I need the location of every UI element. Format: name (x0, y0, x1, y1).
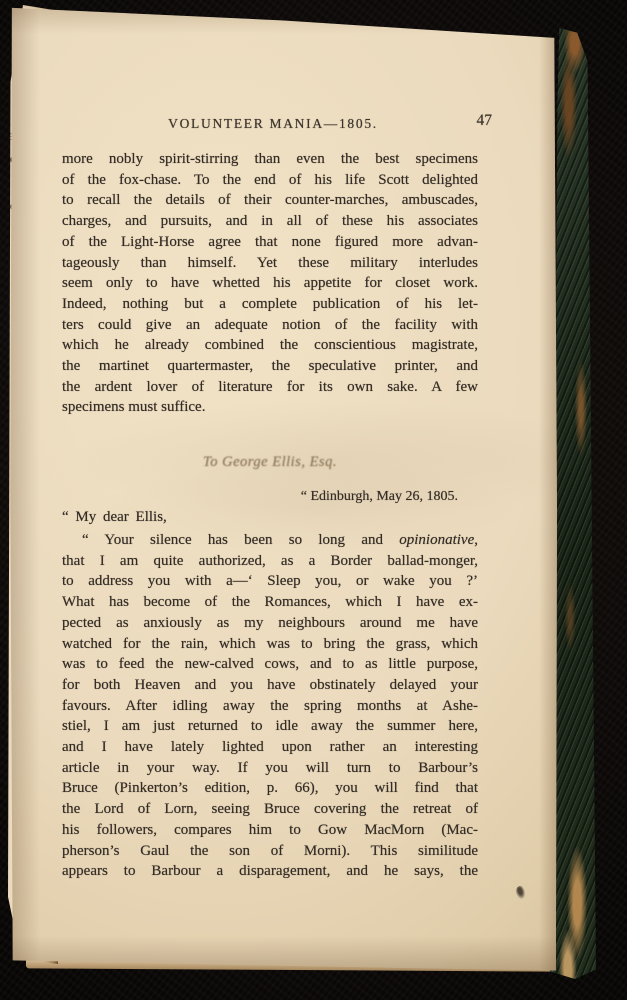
text-line: pected as anxiously as my neighbours aro… (62, 613, 478, 634)
letter-salutation: “ My dear Ellis, (62, 509, 478, 526)
text-line: specimens must suffice. (62, 397, 478, 418)
text-line: to recall the details of their counter-m… (62, 190, 478, 211)
text-line: and I have lately lighted upon rather an… (62, 737, 478, 758)
text-line: to address you with a—‘ Sleep you, or wa… (62, 571, 478, 592)
letter-dateline: “ Edinburgh, May 26, 1805. (62, 489, 478, 505)
letter-body: “ Your silence has been so long and opin… (62, 530, 478, 882)
text-line: article in your way. If you will turn to… (62, 758, 478, 779)
text-line: pherson’s Gaul the son of Morni). This s… (62, 841, 478, 862)
text-line: watched for the rain, which was to bring… (62, 634, 478, 655)
text-line: charges, and pursuits, and in all of the… (62, 211, 478, 232)
text-line: Indeed, nothing but a complete publicati… (62, 294, 478, 315)
running-title: VOLUNTEER MANIA—1805. (62, 116, 484, 132)
text-line: tageously than himself. Yet these milita… (62, 253, 478, 274)
text-line: more nobly spirit-stirring than even the… (62, 149, 478, 170)
opening-paragraph: more nobly spirit-stirring than even the… (62, 149, 478, 418)
text-line: for both Heaven and you have obstinately… (62, 675, 478, 696)
text-line: What has become of the Romances, which I… (62, 592, 478, 613)
text-line: his followers, compares him to Gow MacMo… (62, 820, 478, 841)
text-line: seem only to have whetted his appetite f… (62, 273, 478, 294)
text-line: the ardent lover of literature for its o… (62, 377, 478, 398)
ink-mark (514, 885, 527, 900)
text-line: that I am quite authorized, as a Border … (62, 551, 478, 572)
text-line: which he already combined the conscienti… (62, 335, 478, 356)
letter-addressee: To George Ellis, Esq. (62, 454, 478, 471)
text-line: the martinet quartermaster, the speculat… (62, 356, 478, 377)
book-page: VOLUNTEER MANIA—1805. 47 more nobly spir… (10, 6, 557, 972)
text-line: stiel, I am just returned to idle away t… (62, 716, 478, 737)
text-line: of the Light-Horse agree that none figur… (62, 232, 478, 253)
page-number: 47 (477, 112, 493, 130)
text-line: was to feed the new-calved cows, and to … (62, 654, 478, 675)
text-line: Bruce (Pinkerton’s edition, p. 66), you … (62, 778, 478, 799)
text-line: of the fox-chase. To the end of his life… (62, 170, 478, 191)
page-header: VOLUNTEER MANIA—1805. 47 (62, 112, 484, 136)
text-line: “ Your silence has been so long and opin… (62, 530, 478, 551)
text-line: favours. After idling away the spring mo… (62, 696, 478, 717)
text-line: the Lord of Lorn, seeing Bruce covering … (62, 799, 478, 820)
text-line: ters could give an adequate notion of th… (62, 315, 478, 336)
book-photo: ragemenccessions and tvolunteelate Ethe … (0, 0, 627, 1000)
text-line: appears to Barbour a disparagement, and … (62, 861, 478, 882)
